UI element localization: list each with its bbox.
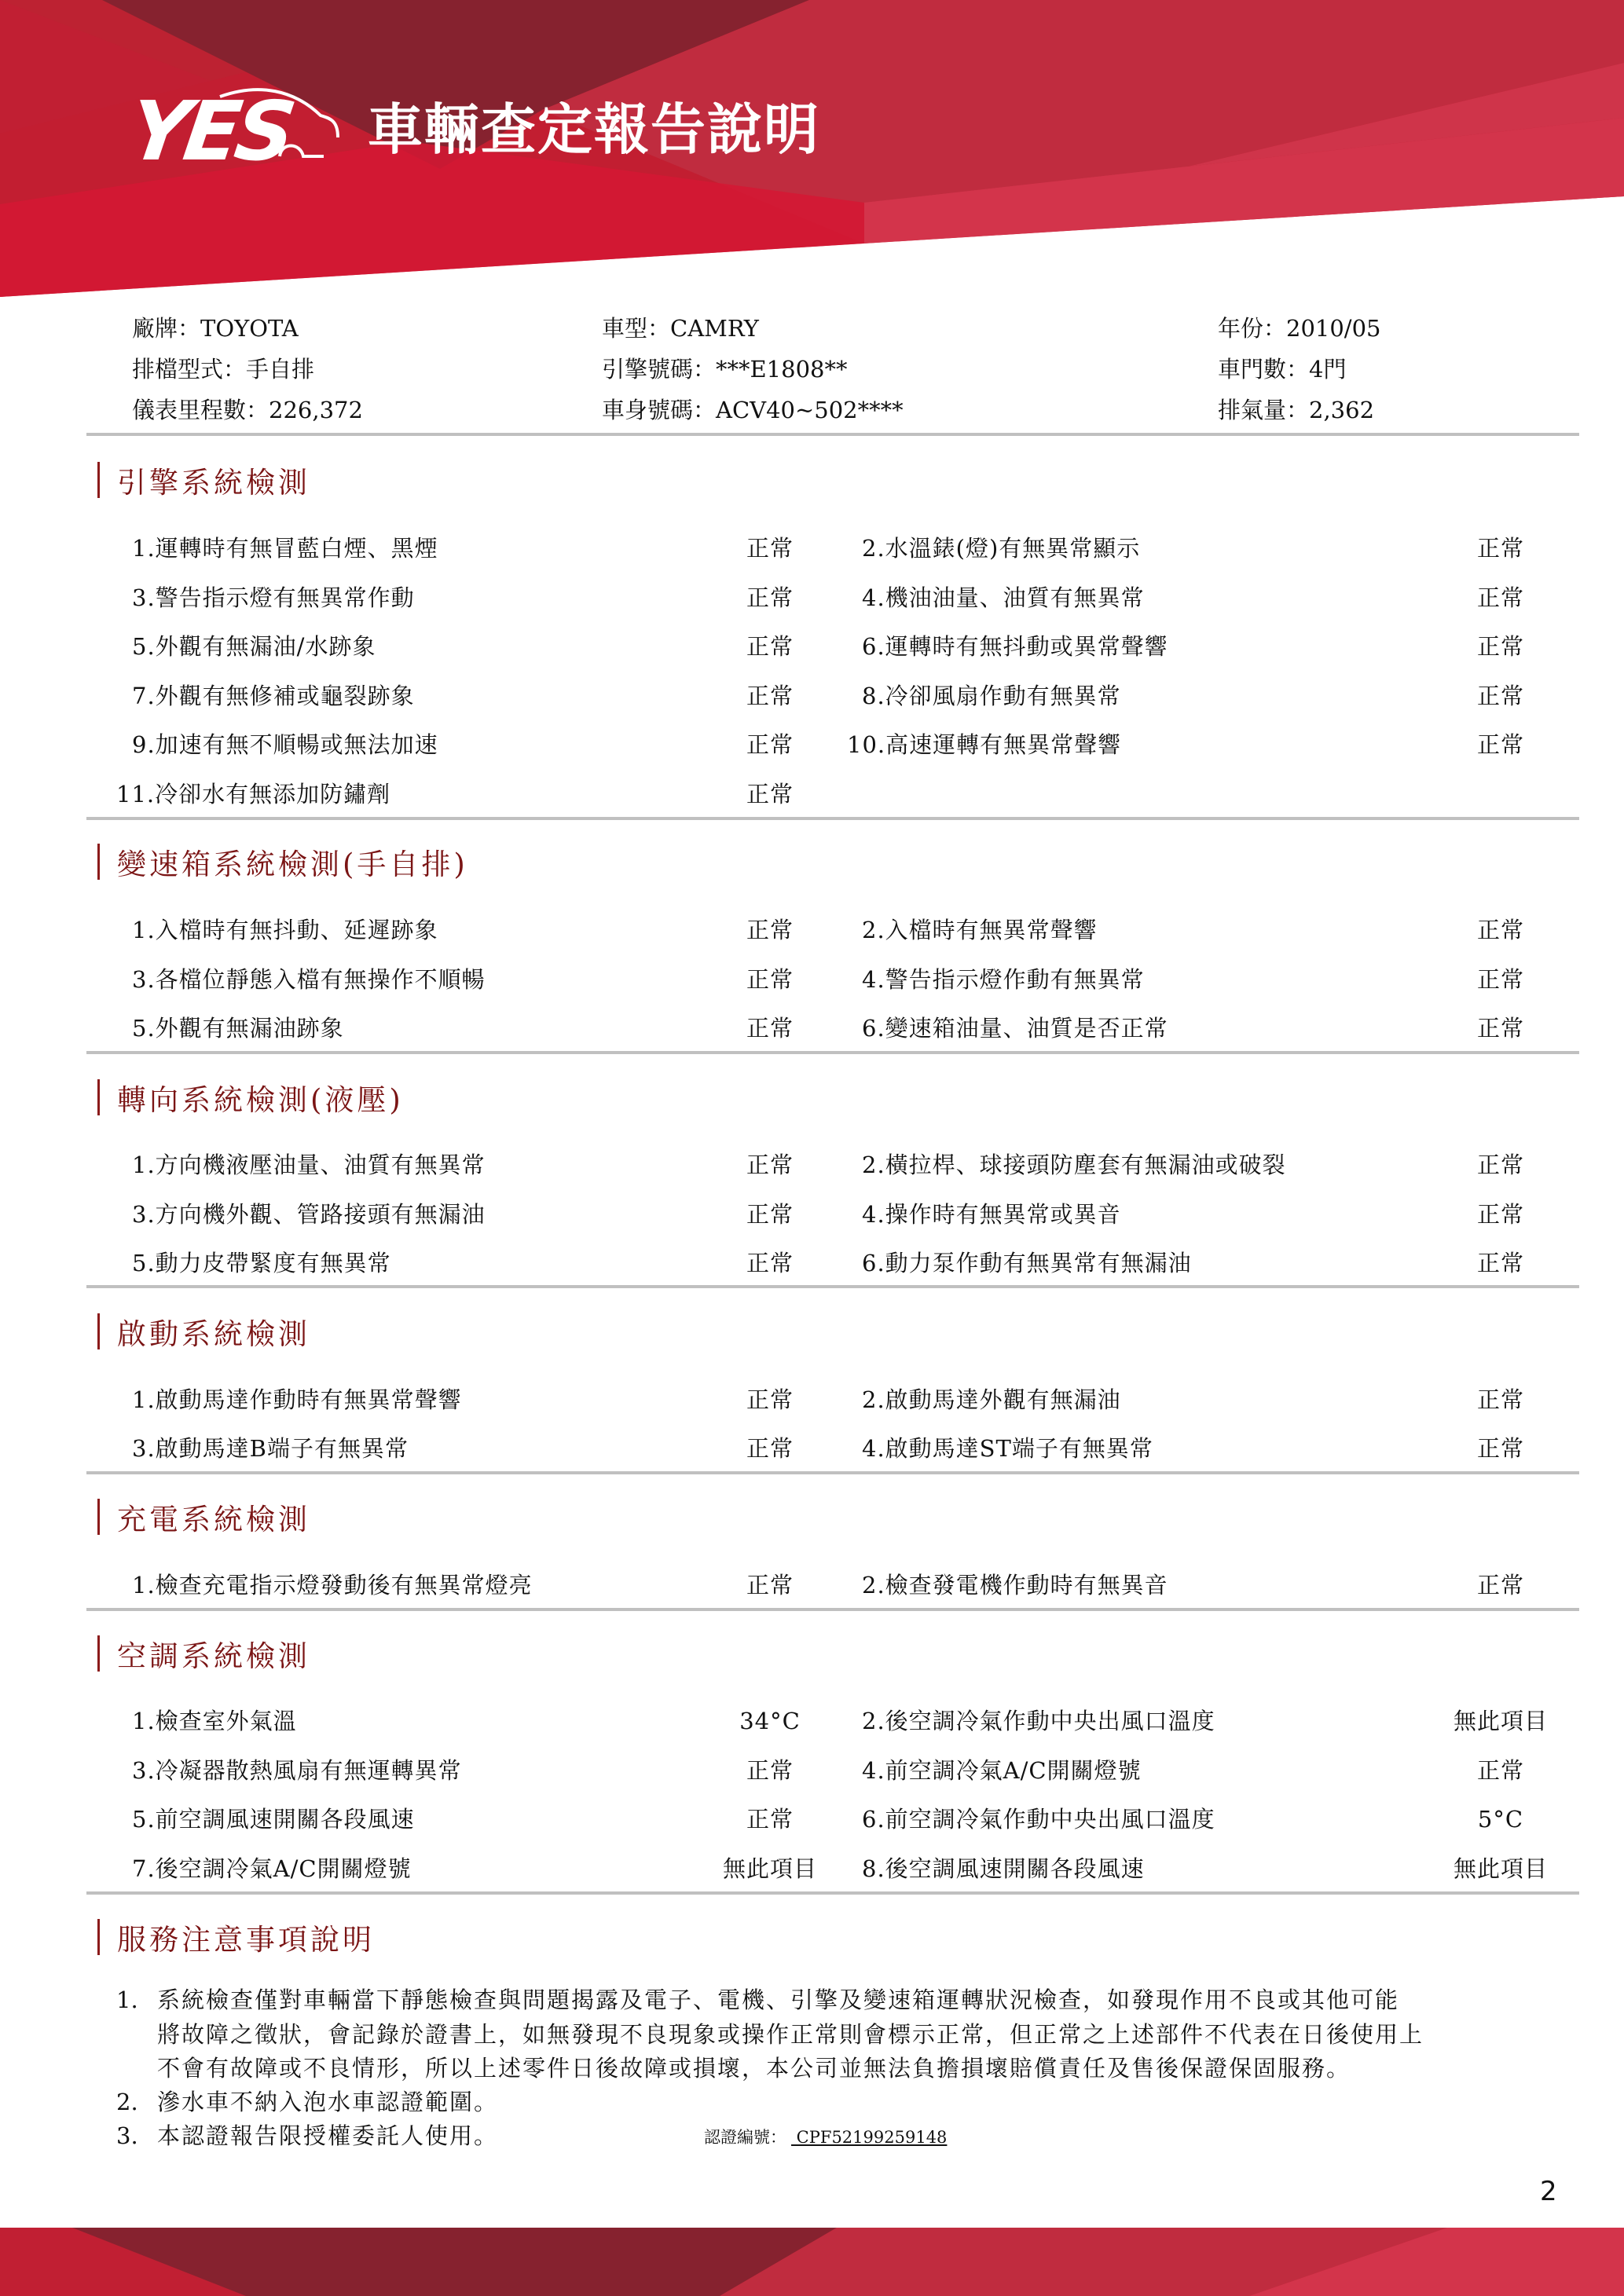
note-number: 3. [116,2118,138,2154]
check-result: 34°C [707,1705,833,1737]
check-item: 6.變速箱油量、油質是否正常 [862,1013,1168,1044]
check-result: 正常 [1438,631,1564,662]
check-item: 2.檢查發電機作動時有無異音 [862,1569,1168,1601]
check-result: 正常 [707,1149,833,1181]
check-result: 正常 [707,1755,833,1786]
check-item: 2.橫拉桿、球接頭防塵套有無漏油或破裂 [862,1149,1286,1181]
check-result: 正常 [707,1384,833,1415]
check-result: 正常 [1438,582,1564,613]
section-heading: 服務注意事項說明 [117,1916,375,1958]
check-item: 1.檢查充電指示燈發動後有無異常燈亮 [132,1569,533,1601]
check-item: 2.水溫錶(燈)有無異常顯示 [862,533,1140,564]
check-result: 正常 [707,964,833,995]
check-result: 5°C [1438,1803,1564,1835]
section-title-transmission: 變速箱系統檢測(手自排) [97,842,468,881]
transmission-field: 排檔型式：手自排 [132,349,314,390]
info-row: 廠牌：TOYOTA 車型：CAMRY 年份：2010/05 [132,308,1578,349]
page-number: 2 [1540,2176,1557,2207]
section-marker [97,1313,100,1349]
check-result: 正常 [707,914,833,946]
check-item: 3.方向機外觀、管路接頭有無漏油 [132,1199,486,1230]
check-result: 正常 [707,1013,833,1044]
check-result: 正常 [1438,964,1564,995]
check-result: 正常 [1438,729,1564,760]
check-item: 11.冷卻水有無添加防鏽劑 [116,778,390,810]
check-result: 正常 [707,582,833,613]
check-result: 正常 [1438,1755,1564,1786]
check-item: 2.入檔時有無異常聲響 [862,914,1098,946]
displacement-field: 排氣量：2,362 [1218,390,1374,430]
check-result: 正常 [707,1199,833,1230]
section-title-engine: 引擎系統檢測 [97,460,310,500]
check-item: 4.前空調冷氣A/C開關燈號 [862,1755,1142,1786]
check-item: 4.操作時有無異常或異音 [862,1199,1121,1230]
brand-field: 廠牌：TOYOTA [132,308,299,349]
check-item: 6.前空調冷氣作動中央出風口溫度 [862,1803,1215,1835]
check-item: 5.動力皮帶緊度有無異常 [132,1247,391,1279]
section-marker [97,462,100,498]
section-heading: 變速箱系統檢測(手自排) [117,840,468,883]
check-result: 正常 [707,1433,833,1464]
certificate-value: CPF52199259148 [791,2128,947,2147]
section-marker [97,1635,100,1672]
check-result: 無此項目 [1438,1705,1564,1737]
check-result: 正常 [1438,1013,1564,1044]
doors-field: 車門數：4門 [1218,349,1346,390]
note-line: 本認證報告限授權委託人使用。 [157,2118,498,2154]
divider [86,1285,1579,1288]
section-heading: 轉向系統檢測(液壓) [117,1076,404,1119]
page-title: 車輛查定報告說明 [368,102,820,157]
check-item: 1.檢查室外氣溫 [132,1705,297,1737]
certificate-label: 認證編號： [704,2128,786,2147]
yes-logo: YES [126,82,361,177]
body-number-field: 車身號碼：ACV40~502**** [602,390,904,430]
check-result: 正常 [707,778,833,810]
check-item: 4.機油油量、油質有無異常 [862,582,1145,613]
check-result: 正常 [1438,533,1564,564]
divider [86,1471,1579,1474]
check-result: 正常 [707,729,833,760]
check-item: 1.運轉時有無冒藍白煙、黑煙 [132,533,438,564]
check-item: 5.外觀有無漏油跡象 [132,1013,344,1044]
section-marker [97,844,100,880]
note-number: 1. [116,1982,138,2018]
check-item: 8.後空調風速開關各段風速 [862,1853,1145,1884]
section-marker [97,1499,100,1535]
check-item: 3.啟動馬達B端子有無異常 [132,1433,409,1464]
section-title-aircon: 空調系統檢測 [97,1634,310,1673]
mileage-field: 儀表里程數：226,372 [132,390,363,430]
check-result: 無此項目 [707,1853,833,1884]
check-result: 正常 [1438,1384,1564,1415]
section-title-charging: 充電系統檢測 [97,1497,310,1536]
divider [86,433,1579,436]
check-item: 1.入檔時有無抖動、延遲跡象 [132,914,438,946]
section-heading: 空調系統檢測 [117,1632,310,1675]
note-line: 系統檢查僅對車輛當下靜態檢查與問題揭露及電子、電機、引擎及變速箱運轉狀況檢查，如… [157,1982,1399,2018]
check-item: 4.警告指示燈作動有無異常 [862,964,1145,995]
section-marker [97,1919,100,1955]
section-heading: 引擎系統檢測 [117,459,310,501]
divider [86,1051,1579,1054]
check-result: 正常 [707,1569,833,1601]
check-result: 正常 [1438,1433,1564,1464]
footer-background [0,2228,1624,2296]
engine-number-field: 引擎號碼：***E1808** [602,349,847,390]
check-item: 3.各檔位靜態入檔有無操作不順暢 [132,964,486,995]
check-item: 2.後空調冷氣作動中央出風口溫度 [862,1705,1215,1737]
check-item: 7.外觀有無修補或龜裂跡象 [132,680,415,712]
check-item: 1.啟動馬達作動時有無異常聲響 [132,1384,462,1415]
check-item: 5.前空調風速開關各段風速 [132,1803,415,1835]
vehicle-info: 廠牌：TOYOTA 車型：CAMRY 年份：2010/05 排檔型式：手自排 引… [132,308,1578,430]
year-field: 年份：2010/05 [1218,308,1380,349]
check-item: 1.方向機液壓油量、油質有無異常 [132,1149,486,1181]
check-item: 2.啟動馬達外觀有無漏油 [862,1384,1121,1415]
section-title-starter: 啟動系統檢測 [97,1312,310,1351]
section-heading: 啟動系統檢測 [117,1310,310,1353]
check-result: 正常 [707,1803,833,1835]
check-item: 3.冷凝器散熱風扇有無運轉異常 [132,1755,462,1786]
check-result: 正常 [1438,1199,1564,1230]
check-result: 正常 [707,533,833,564]
brand: YES 車輛查定報告說明 [126,82,820,177]
check-result: 正常 [1438,680,1564,712]
section-heading: 充電系統檢測 [117,1496,310,1538]
check-result: 無此項目 [1438,1853,1564,1884]
divider [86,1891,1579,1895]
note-line: 不會有故障或不良情形，所以上述零件日後故障或損壞，本公司並無法負擔損壞賠償責任及… [157,2050,1351,2086]
divider [86,817,1579,820]
car-outline-icon [126,82,361,177]
check-item: 7.後空調冷氣A/C開關燈號 [132,1853,412,1884]
check-result: 正常 [1438,1247,1564,1279]
model-field: 車型：CAMRY [602,308,759,349]
check-result: 正常 [1438,1569,1564,1601]
check-item: 6.運轉時有無抖動或異常聲響 [862,631,1168,662]
check-item: 8.冷卻風扇作動有無異常 [862,680,1121,712]
check-result: 正常 [707,680,833,712]
info-row: 排檔型式：手自排 引擎號碼：***E1808** 車門數：4門 [132,349,1578,390]
check-result: 正常 [707,631,833,662]
footer-banner [0,2228,1624,2296]
check-result: 正常 [1438,914,1564,946]
section-marker [97,1079,100,1115]
info-row: 儀表里程數：226,372 車身號碼：ACV40~502**** 排氣量：2,3… [132,390,1578,430]
check-result: 正常 [1438,1149,1564,1181]
header-banner: YES 車輛查定報告說明 [0,0,1624,298]
check-item: 3.警告指示燈有無異常作動 [132,582,415,613]
note-line: 將故障之徵狀，會記錄於證書上，如無發現不良現象或操作正常則會標示正常，但正常之上… [157,2016,1424,2052]
note-line: 滲水車不納入泡水車認證範圍。 [157,2084,498,2120]
divider [86,1608,1579,1611]
section-title-steering: 轉向系統檢測(液壓) [97,1078,404,1117]
section-title-notes: 服務注意事項說明 [97,1917,375,1957]
check-item: 9.加速有無不順暢或無法加速 [132,729,438,760]
note-number: 2. [116,2084,138,2120]
check-item: 10.高速運轉有無異常聲響 [847,729,1121,760]
check-result: 正常 [707,1247,833,1279]
check-item: 5.外觀有無漏油/水跡象 [132,631,376,662]
check-item: 6.動力泵作動有無異常有無漏油 [862,1247,1192,1279]
certificate-number: 認證編號： CPF52199259148 [704,2125,947,2148]
check-item: 4.啟動馬達ST端子有無異常 [862,1433,1153,1464]
